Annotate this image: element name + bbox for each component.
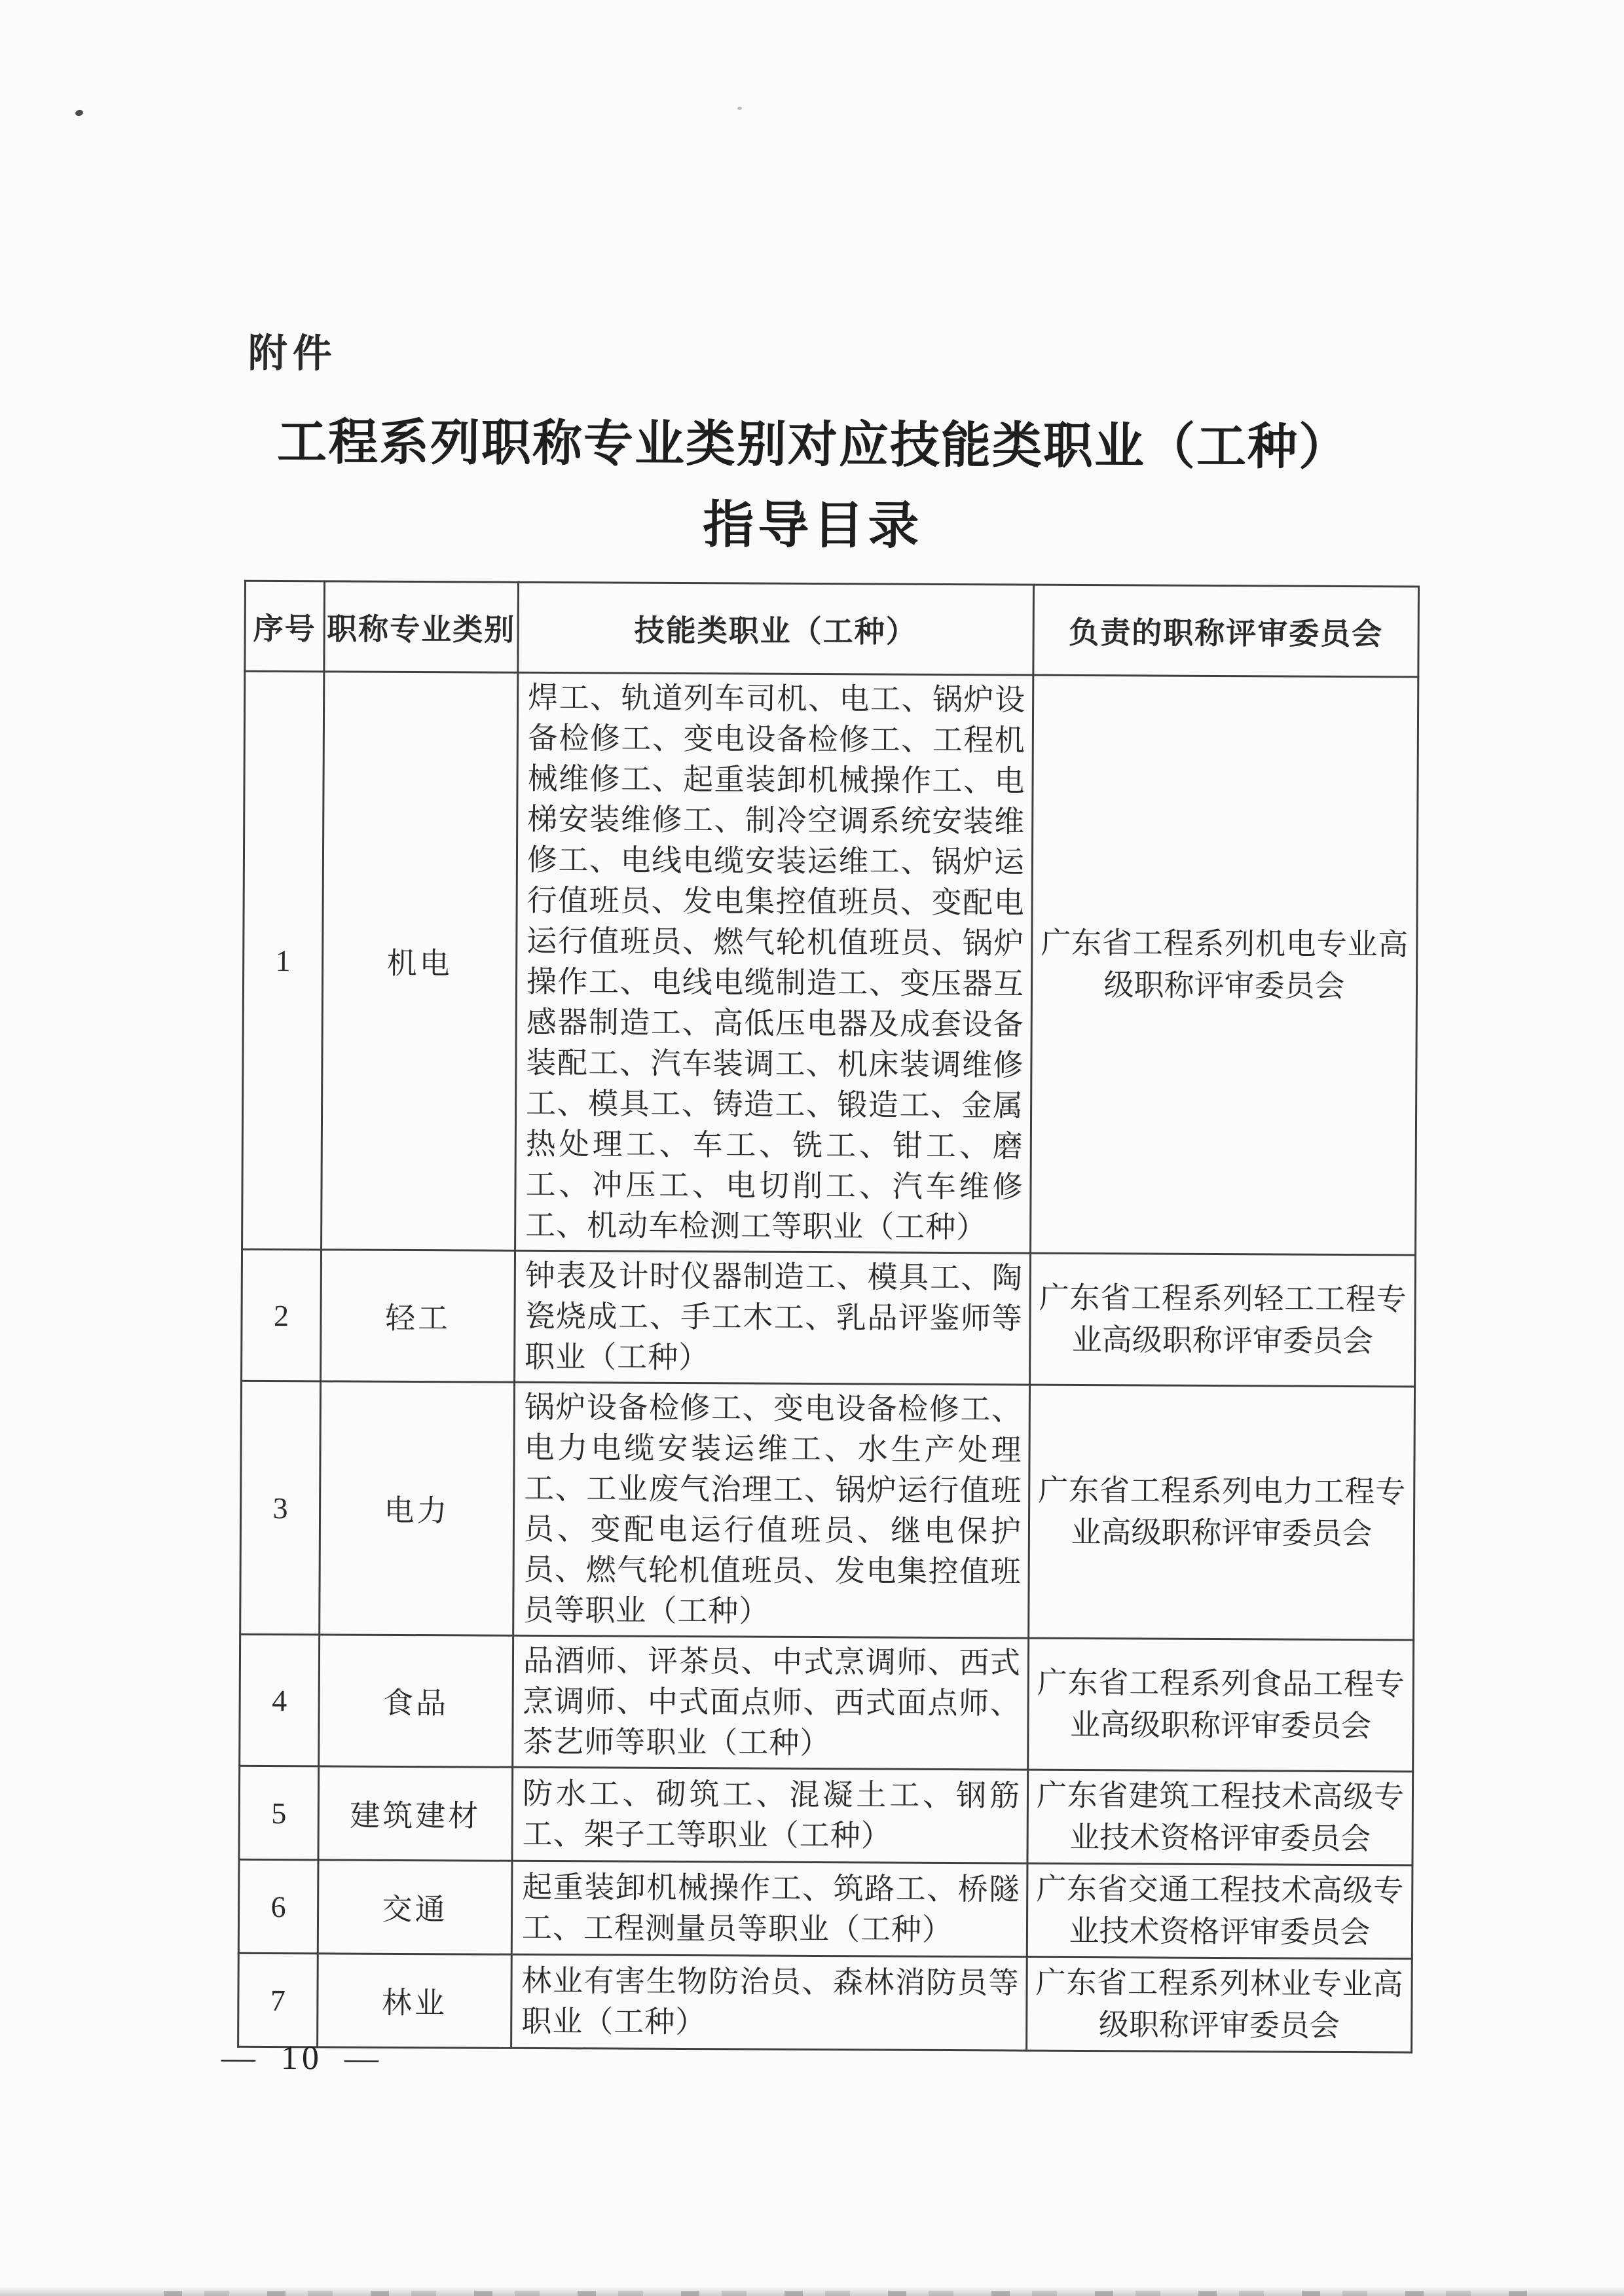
occupations-cell: 锅炉设备检修工、变电设备检修工、电力电缆安装运维工、水生产处理工、工业废气治理工…: [513, 1382, 1030, 1638]
row-number-cell: 2: [242, 1249, 322, 1381]
committee-cell: 广东省工程系列机电专业高级职称评审委员会: [1031, 675, 1418, 1255]
occupations-cell: 钟表及计时仪器制造工、模具工、陶瓷烧成工、手工木工、乳品评鉴师等职业（工种）: [515, 1250, 1031, 1385]
committee-cell: 广东省工程系列林业专业高级职称评审委员会: [1027, 1957, 1412, 2052]
committee-cell: 广东省建筑工程技术高级专业技术资格评审委员会: [1027, 1770, 1413, 1865]
col-header-category: 职称专业类别: [324, 581, 519, 672]
row-number-cell: 4: [240, 1634, 320, 1766]
document-title-line1: 工程系列职称专业类别对应技能类职业（工种）: [1, 401, 1624, 480]
occupations-cell: 焊工、轨道列车司机、电工、锅炉设备检修工、变电设备检修工、工程机械维修工、起重装…: [515, 672, 1033, 1253]
table-row: 7 林业 林业有害生物防治员、森林消防员等职业（工种） 广东省工程系列林业专业高…: [238, 1953, 1412, 2052]
attachment-label: 附件: [248, 322, 337, 379]
row-number-cell: 7: [238, 1953, 318, 2047]
table-row: 4 食品 品酒师、评茶员、中式烹调师、西式烹调师、中式面点师、西式面点师、茶艺师…: [240, 1634, 1414, 1772]
category-cell: 建筑建材: [318, 1766, 513, 1861]
table-row: 3 电力 锅炉设备检修工、变电设备检修工、电力电缆安装运维工、水生产处理工、工业…: [240, 1381, 1415, 1640]
scan-bottom-shadow: [0, 2287, 1624, 2296]
committee-cell: 广东省工程系列食品工程专业高级职称评审委员会: [1028, 1638, 1414, 1772]
committee-cell: 广东省工程系列电力工程专业高级职称评审委员会: [1029, 1385, 1415, 1640]
table-row: 5 建筑建材 防水工、砌筑工、混凝土工、钢筋工、架子工等职业（工种） 广东省建筑…: [239, 1766, 1413, 1865]
category-cell: 机电: [322, 672, 518, 1250]
scanned-document-page: 附件 工程系列职称专业类别对应技能类职业（工种） 指导目录 序号 职称专业类别 …: [0, 0, 1624, 2296]
directory-table: 序号 职称专业类别 技能类职业（工种） 负责的职称评审委员会 1 机电 焊工、轨…: [237, 580, 1420, 2054]
category-cell: 交通: [318, 1860, 512, 1954]
page-content: 附件 工程系列职称专业类别对应技能类职业（工种） 指导目录 序号 职称专业类别 …: [0, 0, 1624, 2296]
table-body: 1 机电 焊工、轨道列车司机、电工、锅炉设备检修工、变电设备检修工、工程机械维修…: [238, 671, 1418, 2052]
occupations-cell: 品酒师、评茶员、中式烹调师、西式烹调师、中式面点师、西式面点师、茶艺师等职业（工…: [513, 1635, 1029, 1770]
table-row: 1 机电 焊工、轨道列车司机、电工、锅炉设备检修工、变电设备检修工、工程机械维修…: [242, 671, 1418, 1255]
row-number-cell: 5: [239, 1766, 319, 1860]
category-cell: 轻工: [321, 1250, 515, 1382]
table-row: 6 交通 起重装卸机械操作工、筑路工、桥隧工、工程测量员等职业（工种） 广东省交…: [238, 1859, 1412, 1959]
row-number-cell: 3: [240, 1381, 321, 1635]
occupations-cell: 林业有害生物防治员、森林消防员等职业（工种）: [511, 1954, 1027, 2050]
table-row: 2 轻工 钟表及计时仪器制造工、模具工、陶瓷烧成工、手工木工、乳品评鉴师等职业（…: [242, 1249, 1416, 1387]
category-cell: 电力: [320, 1381, 515, 1635]
header-row: 序号 职称专业类别 技能类职业（工种） 负责的职称评审委员会: [245, 581, 1419, 677]
row-number-cell: 6: [238, 1859, 318, 1954]
committee-cell: 广东省工程系列轻工工程专业高级职称评审委员会: [1030, 1253, 1416, 1387]
col-header-committee: 负责的职称评审委员会: [1033, 585, 1419, 677]
category-cell: 食品: [319, 1635, 513, 1767]
row-number-cell: 1: [242, 671, 324, 1250]
committee-cell: 广东省交通工程技术高级专业技术资格评审委员会: [1027, 1863, 1412, 1959]
table-header: 序号 职称专业类别 技能类职业（工种） 负责的职称评审委员会: [245, 581, 1419, 677]
category-cell: 林业: [318, 1954, 512, 2048]
col-header-occupations: 技能类职业（工种）: [518, 582, 1034, 675]
occupations-cell: 防水工、砌筑工、混凝土工、钢筋工、架子工等职业（工种）: [512, 1767, 1028, 1863]
occupations-cell: 起重装卸机械操作工、筑路工、桥隧工、工程测量员等职业（工种）: [511, 1861, 1027, 1957]
col-header-no: 序号: [245, 581, 325, 672]
document-title-line2: 指导目录: [1, 481, 1624, 562]
page-number: — 10 —: [221, 2039, 382, 2078]
